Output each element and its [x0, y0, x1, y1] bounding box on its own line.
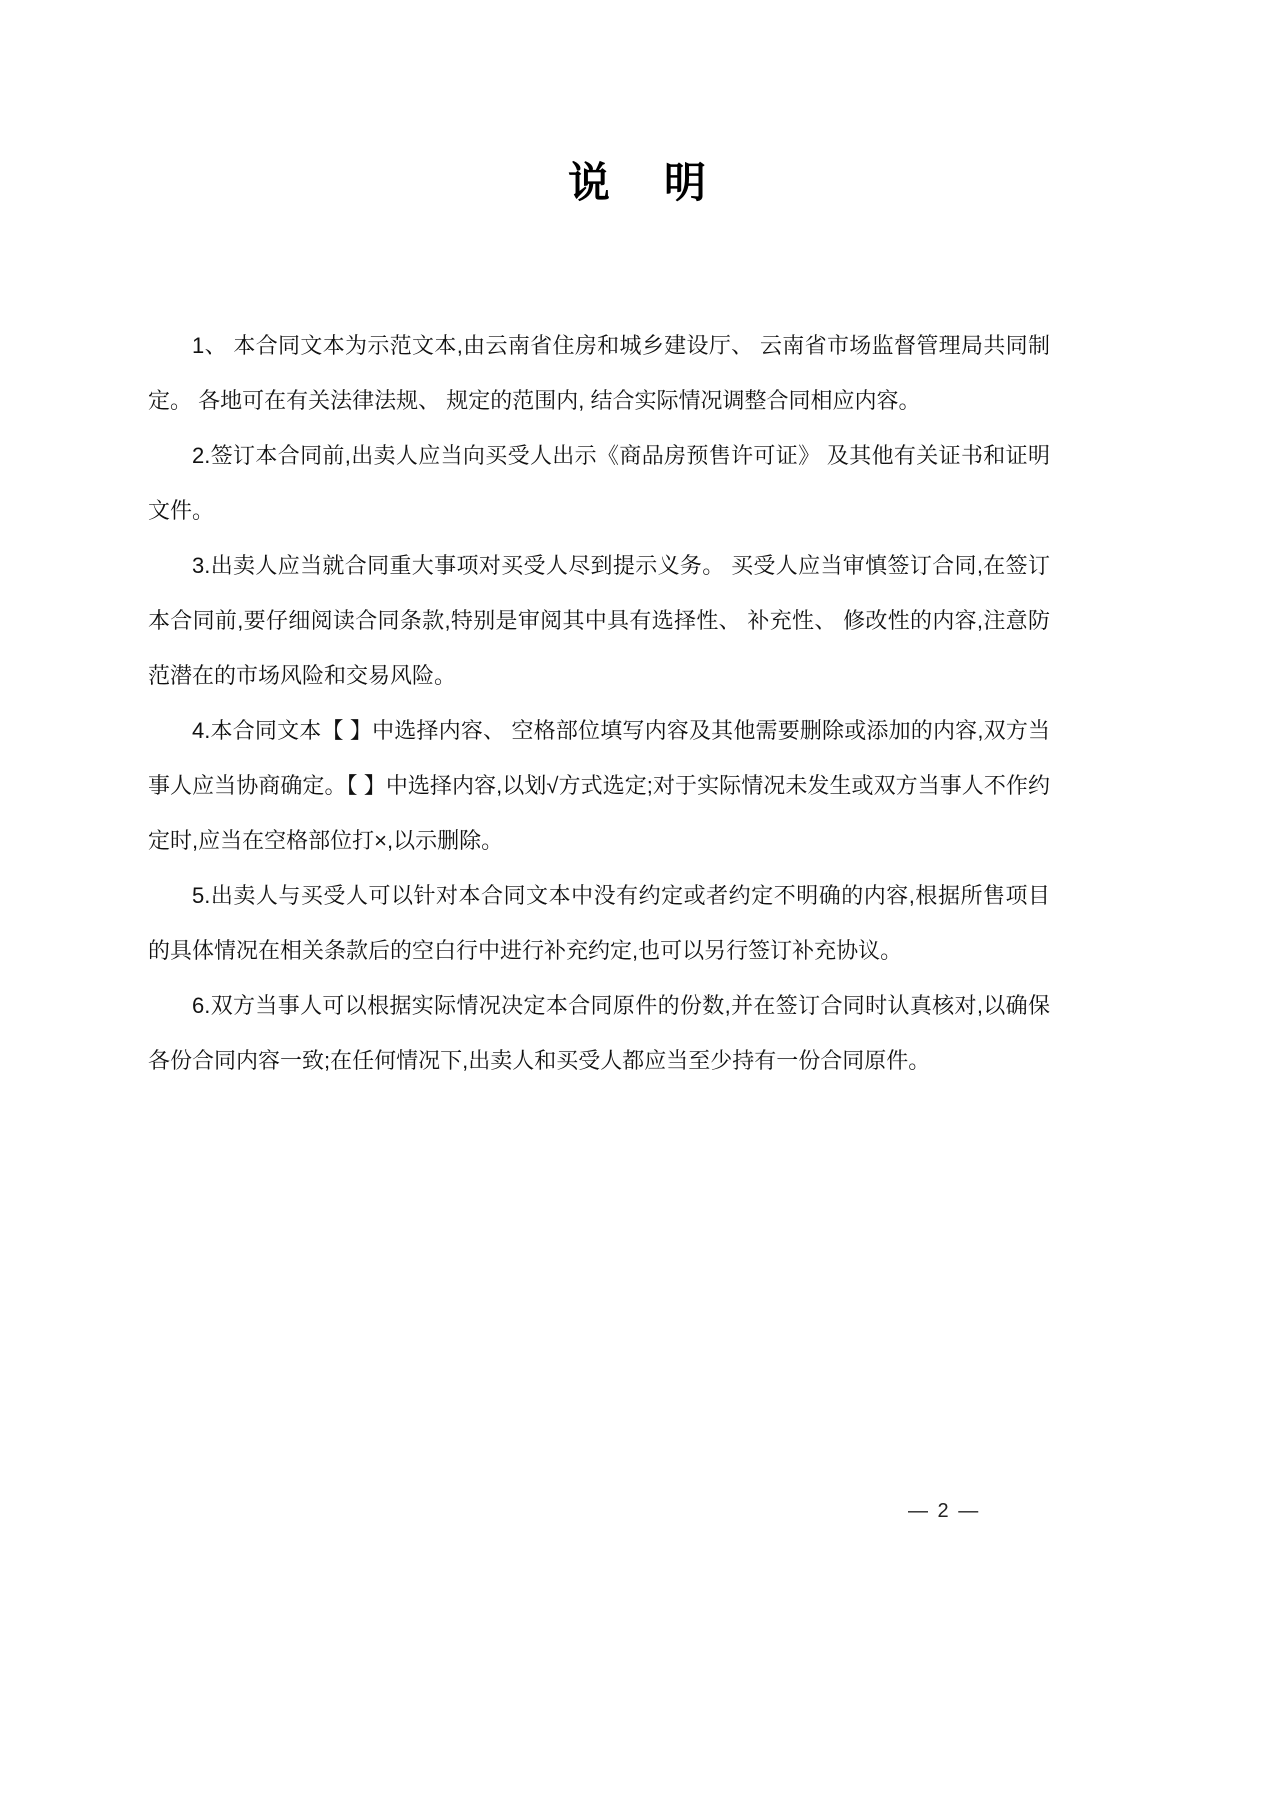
- page-number: — 2 —: [908, 1500, 980, 1523]
- page-title: 说 明: [0, 0, 1280, 210]
- paragraph-4: 4.本合同文本【 】中选择内容、 空格部位填写内容及其他需要删除或添加的内容,双…: [148, 703, 1050, 868]
- paragraph-6: 6.双方当事人可以根据实际情况决定本合同原件的份数,并在签订合同时认真核对,以确…: [148, 978, 1050, 1088]
- paragraph-2: 2.签订本合同前,出卖人应当向买受人出示《商品房预售许可证》 及其他有关证书和证…: [148, 428, 1050, 538]
- document-body: 1、 本合同文本为示范文本,由云南省住房和城乡建设厅、 云南省市场监督管理局共同…: [148, 318, 1050, 1088]
- document-page: 说 明 1、 本合同文本为示范文本,由云南省住房和城乡建设厅、 云南省市场监督管…: [0, 0, 1280, 1810]
- paragraph-5: 5.出卖人与买受人可以针对本合同文本中没有约定或者约定不明确的内容,根据所售项目…: [148, 868, 1050, 978]
- paragraph-3: 3.出卖人应当就合同重大事项对买受人尽到提示义务。 买受人应当审慎签订合同,在签…: [148, 538, 1050, 703]
- paragraph-1: 1、 本合同文本为示范文本,由云南省住房和城乡建设厅、 云南省市场监督管理局共同…: [148, 318, 1050, 428]
